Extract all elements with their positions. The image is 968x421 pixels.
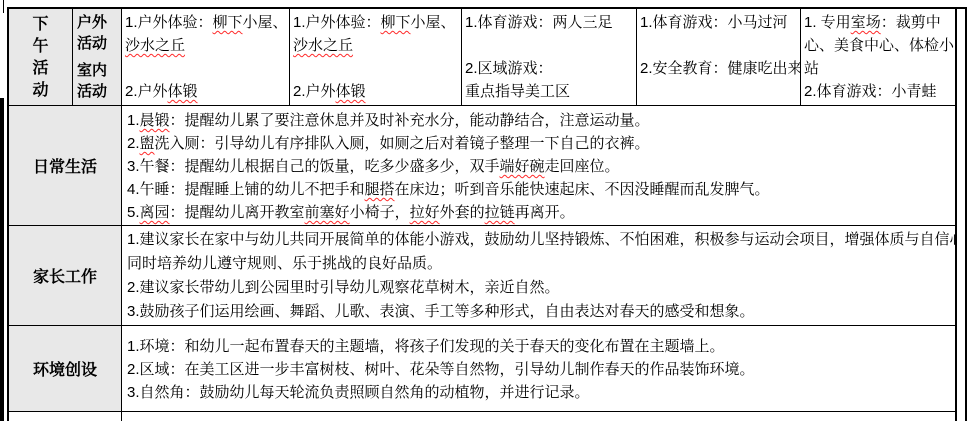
text-segment: 2.区域游戏：: [465, 60, 553, 77]
text-line: 重点指导美工区: [465, 80, 633, 103]
text-segment: 外套的: [440, 204, 485, 221]
text-segment: 5.: [127, 204, 140, 221]
misspelled-text: 室场: [851, 14, 881, 31]
text-segment: ：提醒幼儿累了要注意休息并及时补充水分，能动静结合，注意运动量。: [170, 112, 650, 129]
text-segment: 3.鼓励孩子们运用绘画、舞蹈、儿歌、表演、手工等多种形式，自由表达对春天的感受和…: [127, 303, 755, 320]
text-line: [125, 57, 286, 80]
activity-cell-day3: 1.体育游戏：两人三足 2.区域游戏：重点指导美工区: [462, 9, 637, 105]
text-segment: 2.体育游戏：小青蛙: [804, 83, 937, 100]
text-line: 2.安全教育：健康吃出来: [640, 57, 797, 80]
page-edge-top-left-tick: [3, 0, 4, 13]
activity-cell-day4: 1.体育游戏：小马过河 2.安全教育：健康吃出来: [637, 9, 801, 105]
text-line: [293, 57, 458, 80]
misspelled-text: 柳下: [381, 14, 411, 31]
text-segment: ：提醒幼儿离开教室: [170, 204, 305, 221]
misspelled-text: 前塞好: [305, 204, 350, 221]
text-line: [465, 34, 633, 57]
environment-content: 1.环境：和幼儿一起布置春天的主题墙，将孩子们发现的关于春天的变化布置在主题墙上…: [122, 326, 955, 411]
text-line: 1.环境：和幼儿一起布置春天的主题墙，将孩子们发现的关于春天的变化布置在主题墙上…: [127, 335, 950, 358]
parent-work-section: 家长工作 1.建议家长在家中与幼儿共同开展简单的体能小游戏，鼓励幼儿坚持锻炼、不…: [9, 226, 955, 326]
afternoon-activities-row: 下 午 活 动 户外 活动 室内 活动 1.户外体验：柳下小屋、沙水之丘 2.户…: [9, 9, 955, 106]
text-line: 1. 专用室场：裁剪中: [804, 11, 952, 34]
text-line: 2.区域游戏：: [465, 57, 633, 80]
misspelled-text: 沙水之丘: [293, 37, 353, 54]
text-line: 1.建议家长在家中与幼儿共同开展简单的体能小游戏，鼓励幼儿坚持锻炼、不怕困难，积…: [127, 228, 950, 252]
text-line: 2.户外体锻: [293, 80, 458, 103]
indoor-activity-label: 室内 活动: [77, 60, 117, 102]
activity-cell-day2: 1.户外体验：柳下小屋、沙水之丘 2.户外体锻: [290, 9, 462, 105]
text-line: 1.晨锻：提醒幼儿累了要注意休息并及时补充水分，能动静结合，注意运动量。: [127, 109, 950, 132]
text-segment: 2.户外: [125, 83, 168, 100]
text-line: 2.盥洗入厕：引导幼儿有序排队入厕，如厕之后对着镜子整理一下自己的衣裤。: [127, 132, 950, 155]
outdoor-activity-label: 户外 活动: [77, 12, 117, 54]
text-line: 3.鼓励孩子们运用绘画、舞蹈、儿歌、表演、手工等多种形式，自由表达对春天的感受和…: [127, 300, 950, 324]
text-line: 1.户外体验：柳下小屋、: [125, 11, 286, 34]
text-segment: 1.体育游戏：小马过河: [640, 14, 788, 31]
parent-work-header: 家长工作: [9, 226, 122, 325]
weekly-plan-table: 下 午 活 动 户外 活动 室内 活动 1.户外体验：柳下小屋、沙水之丘 2.户…: [7, 7, 957, 421]
text-line: 同时培养幼儿遵守规则、乐于挑战的良好品质。: [127, 252, 950, 276]
text-segment: 走回座位。: [545, 158, 620, 175]
text-line: 2.体育游戏：小青蛙: [804, 80, 952, 103]
text-segment: 2.户外: [293, 83, 336, 100]
activity-cell-day5: 1. 专用室场：裁剪中心、美食中心、体检小站2.体育游戏：小青蛙: [801, 9, 955, 105]
afternoon-row-header: 下 午 活 动: [9, 9, 73, 105]
text-segment: 2.: [127, 135, 140, 152]
text-line: 1.体育游戏：两人三足: [465, 11, 633, 34]
misspelled-text: 沙水之丘: [125, 37, 185, 54]
misspelled-text: 离园: [140, 204, 170, 221]
misspelled-text: 拉链: [485, 204, 515, 221]
text-segment: 1.户外体验：: [293, 14, 381, 31]
misspelled-text: 体锻: [168, 83, 198, 100]
misspelled-text: 晨锻: [140, 112, 170, 129]
text-segment: 1.环境：和幼儿一起布置春天的主题墙，将孩子们发现的关于春天的变化布置在主题墙上…: [127, 338, 725, 355]
text-segment: 小屋、: [411, 14, 456, 31]
text-segment: 2.安全教育：健康吃出来: [640, 60, 801, 77]
text-line: 3.自然角：鼓励幼儿每天轮流负责照顾自然角的动植物，并进行记录。: [127, 381, 950, 404]
text-segment: 小屋、: [243, 14, 288, 31]
text-segment: 2.建议家长带幼儿到公园里时引导幼儿观察花草树木，亲近自然。: [127, 279, 560, 296]
text-line: 3.午餐：提醒幼儿根据自己的饭量，吃多少盛多少，双手端好碗走回座位。: [127, 155, 950, 178]
text-line: 沙水之丘: [125, 34, 286, 57]
text-line: 心、美食中心、体检小: [804, 34, 952, 57]
text-segment: 心、美食中心、体检小: [804, 37, 954, 54]
text-line: 站: [804, 57, 952, 80]
text-line: 5.离园：提醒幼儿离开教室前塞好小椅子，拉好外套的拉链再离开。: [127, 201, 950, 224]
text-segment: 2.区域：在美工区进一步丰富树枝、树叶、花朵等自然物，引导幼儿制作春天的作品装饰…: [127, 361, 755, 378]
text-segment: 4.午睡：提醒睡上铺的幼儿不把手和: [127, 181, 365, 198]
text-segment: 3.午餐：提醒幼儿根据自己的饭量，吃多少盛多少，双手: [127, 158, 500, 175]
daily-life-content: 1.晨锻：提醒幼儿累了要注意休息并及时补充水分，能动静结合，注意运动量。2.盥洗…: [122, 106, 955, 225]
page-edge-left-bar: [0, 98, 4, 421]
text-segment: 1.: [127, 112, 140, 129]
text-segment: 小椅子，: [350, 204, 410, 221]
partial-row-header-cell: [9, 412, 122, 421]
text-segment: 重点指导美工区: [465, 83, 570, 100]
text-line: 4.午睡：提醒睡上铺的幼儿不把手和腿搭在床边；听到音乐能快速起床、不因没睡醒而乱…: [127, 178, 950, 201]
text-segment: 洗入厕：引导幼儿有序排队入厕，如厕之后对着镜子整理一下自己的衣裤。: [155, 135, 650, 152]
misspelled-text: 端好碗: [500, 158, 545, 175]
partial-row-content-cell: [122, 412, 955, 421]
misspelled-text: 体锻: [336, 83, 366, 100]
misspelled-text: 盥: [140, 135, 155, 152]
parent-work-content: 1.建议家长在家中与幼儿共同开展简单的体能小游戏，鼓励幼儿坚持锻炼、不怕困难，积…: [122, 226, 955, 325]
page-edge-right-line: [965, 8, 967, 421]
environment-section: 环境创设 1.环境：和幼儿一起布置春天的主题墙，将孩子们发现的关于春天的变化布置…: [9, 326, 955, 412]
activity-cell-day1: 1.户外体验：柳下小屋、沙水之丘 2.户外体锻: [122, 9, 290, 105]
text-line: 1.户外体验：柳下小屋、: [293, 11, 458, 34]
text-line: 2.区域：在美工区进一步丰富树枝、树叶、花朵等自然物，引导幼儿制作春天的作品装饰…: [127, 358, 950, 381]
text-segment: 在床边；听到音乐能快速起床、不因没睡醒而乱发脾气。: [395, 181, 770, 198]
daily-life-section: 日常生活 1.晨锻：提醒幼儿累了要注意休息并及时补充水分，能动静结合，注意运动量…: [9, 106, 955, 226]
text-segment: 再离开。: [515, 204, 575, 221]
text-segment: ：裁剪中: [881, 14, 941, 31]
text-segment: 1.建议家长在家中与幼儿共同开展简单的体能小游戏，鼓励幼儿坚持锻炼、不怕困难，积…: [127, 231, 955, 248]
environment-header: 环境创设: [9, 326, 122, 411]
text-segment: 站: [804, 60, 819, 77]
misspelled-text: 拉好: [410, 204, 440, 221]
text-line: 2.建议家长带幼儿到公园里时引导幼儿观察花草树木，亲近自然。: [127, 276, 950, 300]
text-segment: 1.体育游戏：两人三足: [465, 14, 613, 31]
text-line: 2.户外体锻: [125, 80, 286, 103]
text-line: 沙水之丘: [293, 34, 458, 57]
text-line: 1.体育游戏：小马过河: [640, 11, 797, 34]
misspelled-text: 柳下: [213, 14, 243, 31]
partial-next-row: [9, 412, 955, 421]
document-page: 下 午 活 动 户外 活动 室内 活动 1.户外体验：柳下小屋、沙水之丘 2.户…: [0, 0, 968, 421]
text-segment: 1.户外体验：: [125, 14, 213, 31]
afternoon-subheader-cell: 户外 活动 室内 活动: [73, 9, 122, 105]
text-segment: 1. 专用: [804, 14, 851, 31]
misspelled-text: 腿搭: [365, 181, 395, 198]
text-segment: 同时培养幼儿遵守规则、乐于挑战的良好品质。: [127, 255, 442, 272]
text-segment: 3.自然角：鼓励幼儿每天轮流负责照顾自然角的动植物，并进行记录。: [127, 384, 590, 401]
daily-life-header: 日常生活: [9, 106, 122, 225]
text-line: [640, 34, 797, 57]
